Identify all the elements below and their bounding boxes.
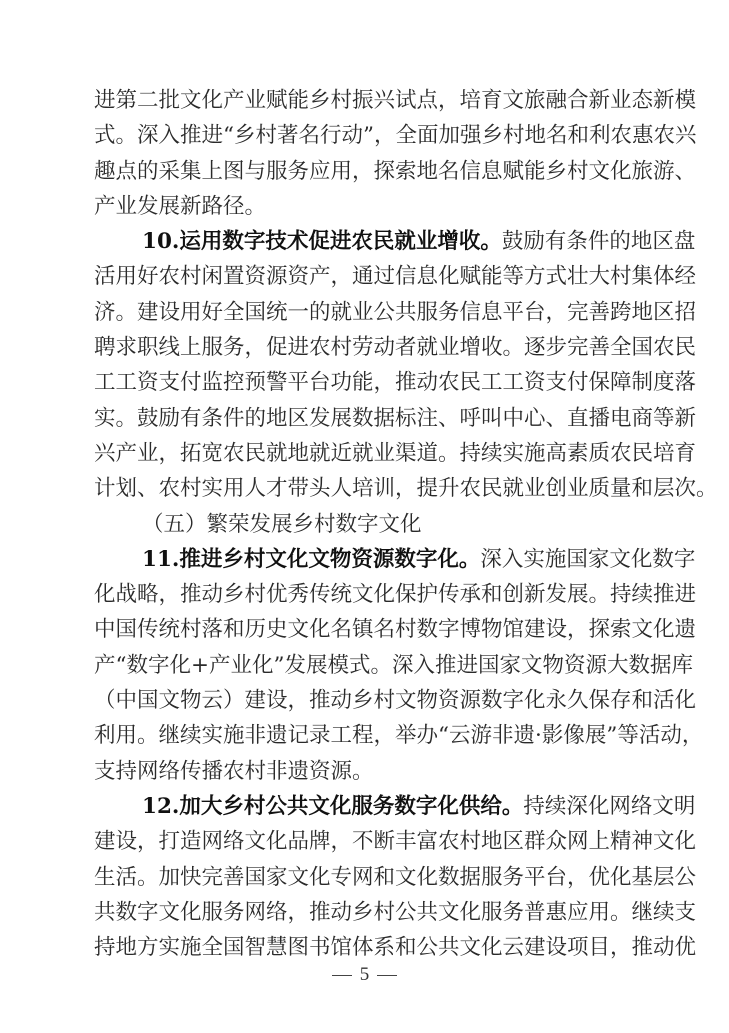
text-run: 持续深化网络文明 [523,794,695,819]
paragraph-start-item-11: 11.推进乡村文化文物资源数字化。深入实施国家文化数字 [94,542,646,577]
text-line: 产“数字化+产业化”发展模式。深入推进国家文物资源大数据库 [94,648,646,683]
text-line: 共数字文化服务网络，推动乡村公共文化服务普惠应用。继续支 [94,895,646,930]
text-line: 计划、农村实用人才带头人培训，提升农民就业创业质量和层次。 [94,471,646,506]
text-line: 聘求职线上服务，促进农村劳动者就业增收。逐步完善全国农民 [94,330,646,365]
text-line: 中国传统村落和历史文化名镇名村数字博物馆建设，探索文化遗 [94,612,646,647]
text-line: 活用好农村闲置资源资产，通过信息化赋能等方式壮大村集体经 [94,259,646,294]
text-line: 式。深入推进“乡村著名行动”，全面加强乡村地名和利农惠农兴 [94,118,646,153]
text-line: 建设，打造网络文化品牌，不断丰富农村地区群众网上精神文化 [94,824,646,859]
text-run: 鼓励有条件的地区盘 [502,229,696,254]
text-line: 支持网络传播农村非遗资源。 [94,754,646,789]
dash-left [332,975,352,976]
text-line: 产业发展新路径。 [94,189,646,224]
text-line: 利用。继续实施非遗记录工程，举办“云游非遗·影像展”等活动， [94,718,646,753]
page-footer: 5 [0,964,729,986]
text-line: 化战略，推动乡村优秀传统文化保护传承和创新发展。持续推进 [94,577,646,612]
page-number: 5 [360,964,370,985]
text-line: 济。建设用好全国统一的就业公共服务信息平台，完善跨地区招 [94,295,646,330]
paragraph-start-item-10: 10.运用数字技术促进农民就业增收。鼓励有条件的地区盘 [94,224,646,259]
text-line: 持地方实施全国智慧图书馆体系和公共文化云建设项目，推动优 [94,930,646,965]
text-line: 生活。加快完善国家文化专网和文化数据服务平台，优化基层公 [94,860,646,895]
text-line: 趣点的采集上图与服务应用，探索地名信息赋能乡村文化旅游、 [94,154,646,189]
item-10-title: 10.运用数字技术促进农民就业增收。 [142,229,502,254]
item-12-title: 12.加大乡村公共文化服务数字化供给。 [142,794,523,819]
text-line: 实。鼓励有条件的地区发展数据标注、呼叫中心、直播电商等新 [94,401,646,436]
paragraph-start-item-12: 12.加大乡村公共文化服务数字化供给。持续深化网络文明 [94,789,646,824]
document-body: 进第二批文化产业赋能乡村振兴试点，培育文旅融合新业态新模 式。深入推进“乡村著名… [94,83,646,965]
text-line: 工工资支付监控预警平台功能，推动农民工工资支付保障制度落 [94,365,646,400]
text-line: （中国文物云）建设，推动乡村文物资源数字化永久保存和活化 [94,683,646,718]
text-line: 兴产业，拓宽农民就地就近就业渠道。持续实施高素质农民培育 [94,436,646,471]
section-heading-5: （五）繁荣发展乡村数字文化 [94,507,646,542]
text-run: 深入实施国家文化数字 [480,547,695,572]
text-line: 进第二批文化产业赋能乡村振兴试点，培育文旅融合新业态新模 [94,83,646,118]
dash-right [377,975,397,976]
item-11-title: 11.推进乡村文化文物资源数字化。 [142,547,480,572]
